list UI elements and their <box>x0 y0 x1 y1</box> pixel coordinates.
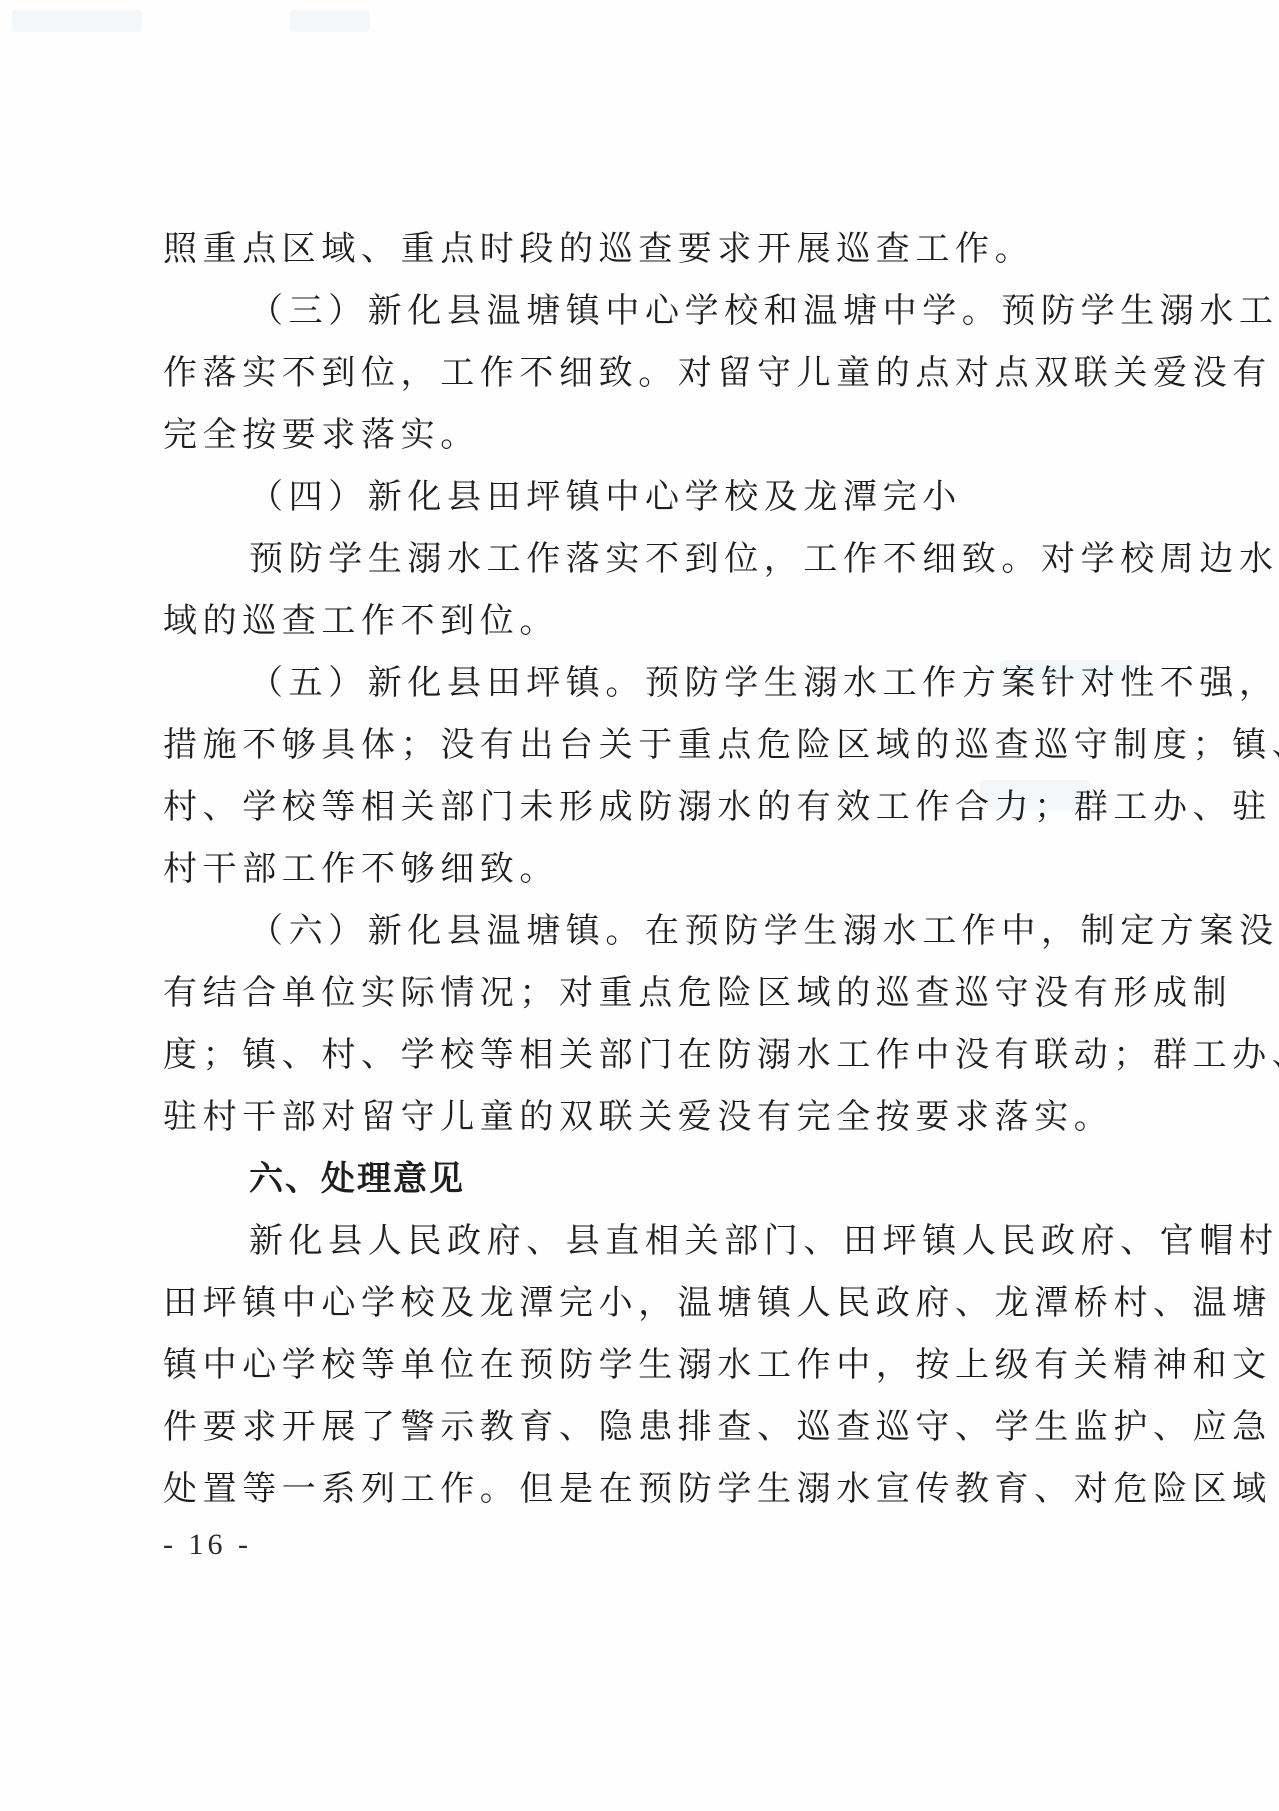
body-line: 域的巡查工作不到位。 <box>163 590 1118 652</box>
body-line: 措施不够具体；没有出台关于重点危险区域的巡查巡守制度；镇、 <box>163 714 1118 776</box>
scan-artifact <box>12 10 142 32</box>
body-line: 有结合单位实际情况；对重点危险区域的巡查巡守没有形成制 <box>163 962 1118 1024</box>
body-line: 新化县人民政府、县直相关部门、田坪镇人民政府、官帽村、 <box>163 1210 1118 1272</box>
subsection-heading-4: （四）新化县田坪镇中心学校及龙潭完小 <box>163 466 1118 528</box>
body-line: 镇中心学校等单位在预防学生溺水工作中，按上级有关精神和文 <box>163 1334 1118 1396</box>
subsection-heading-3: （三）新化县温塘镇中心学校和温塘中学。预防学生溺水工 <box>163 280 1118 342</box>
body-line: 作落实不到位，工作不细致。对留守儿童的点对点双联关爱没有 <box>163 342 1118 404</box>
body-line: 完全按要求落实。 <box>163 404 1118 466</box>
body-line: 处置等一系列工作。但是在预防学生溺水宣传教育、对危险区域 <box>163 1458 1118 1520</box>
body-line: 田坪镇中心学校及龙潭完小，温塘镇人民政府、龙潭桥村、温塘 <box>163 1272 1118 1334</box>
document-page: 照重点区域、重点时段的巡查要求开展巡查工作。 （三）新化县温塘镇中心学校和温塘中… <box>0 0 1279 1811</box>
body-line: 度；镇、村、学校等相关部门在防溺水工作中没有联动；群工办、 <box>163 1024 1118 1086</box>
body-line: 件要求开展了警示教育、隐患排查、巡查巡守、学生监护、应急 <box>163 1396 1118 1458</box>
body-line: 预防学生溺水工作落实不到位，工作不细致。对学校周边水 <box>163 528 1118 590</box>
scan-artifact <box>290 10 370 32</box>
body-line: 驻村干部对留守儿童的双联关爱没有完全按要求落实。 <box>163 1086 1118 1148</box>
document-body: 照重点区域、重点时段的巡查要求开展巡查工作。 （三）新化县温塘镇中心学校和温塘中… <box>163 218 1118 1520</box>
page-number: - 16 - <box>163 1528 252 1562</box>
subsection-heading-5: （五）新化县田坪镇。预防学生溺水工作方案针对性不强， <box>163 652 1118 714</box>
subsection-heading-6: （六）新化县温塘镇。在预防学生溺水工作中，制定方案没 <box>163 900 1118 962</box>
body-line: 照重点区域、重点时段的巡查要求开展巡查工作。 <box>163 218 1118 280</box>
body-line: 村、学校等相关部门未形成防溺水的有效工作合力；群工办、驻 <box>163 776 1118 838</box>
section-heading: 六、处理意见 <box>163 1148 1118 1210</box>
body-line: 村干部工作不够细致。 <box>163 838 1118 900</box>
